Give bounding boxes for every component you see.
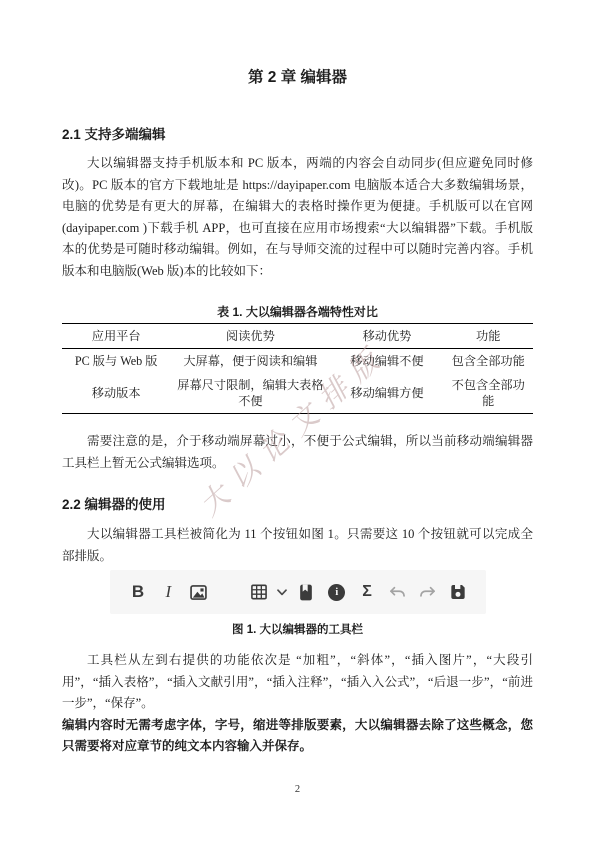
paragraph-bold-tip: 编辑内容时无需考虑字体，字号，缩进等排版要素，大以编辑器去除了这些概念，您只需要… (62, 715, 533, 758)
bold-icon: B (132, 582, 144, 602)
formula-button[interactable]: Σ (356, 580, 378, 604)
chapter-title: 第 2 章 编辑器 (62, 68, 533, 88)
comparison-table: 应用平台 阅读优势 移动优势 功能 PC 版与 Web 版 大屏幕，便于阅读和编… (62, 323, 533, 414)
column-header-platform: 应用平台 (62, 324, 170, 349)
table-cell: 移动版本 (62, 373, 170, 414)
image-icon (188, 582, 209, 603)
quote-icon: “ (220, 587, 237, 603)
redo-button[interactable] (417, 580, 439, 604)
page-number: 2 (0, 784, 595, 795)
paragraph-text: 电脑版本适合大多数编辑场景，电脑的优势是有更大的屏幕，在编辑大的表格时操作更为便… (62, 178, 533, 278)
table-cell: 屏幕尺寸限制，编辑大表格不便 (170, 373, 330, 414)
figure-caption: 图 1. 大以编辑器的工具栏 (62, 623, 533, 638)
sigma-icon: Σ (362, 583, 372, 601)
annotation-button[interactable]: i (326, 580, 348, 604)
table-cell: 包含全部功能 (443, 349, 533, 374)
info-icon: i (328, 584, 345, 601)
paragraph-multi-platform: 大以编辑器支持手机版本和 PC 版本，两端的内容会自动同步(但应避免同时修改)。… (62, 153, 533, 282)
table-cell: PC 版与 Web 版 (62, 349, 170, 374)
undo-button[interactable] (386, 580, 408, 604)
insert-table-button[interactable] (248, 580, 270, 604)
table-row: 移动版本 屏幕尺寸限制，编辑大表格不便 移动编辑方便 不包含全部功能 (62, 373, 533, 414)
insert-table-group (248, 580, 287, 604)
table-caption: 表 1. 大以编辑器各端特性对比 (62, 304, 533, 320)
table-header-row: 应用平台 阅读优势 移动优势 功能 (62, 324, 533, 349)
toolbar-figure: B I “ (110, 570, 486, 614)
italic-button[interactable]: I (157, 580, 179, 604)
chevron-down-icon (277, 589, 287, 596)
download-url-link[interactable]: https://dayipaper.com (242, 178, 350, 192)
table-row: PC 版与 Web 版 大屏幕，便于阅读和编辑 移动编辑不便 包含全部功能 (62, 349, 533, 374)
undo-icon (387, 582, 408, 603)
table-cell: 大屏幕，便于阅读和编辑 (170, 349, 330, 374)
table-options-chevron[interactable] (277, 583, 287, 601)
paragraph-toolbar-functions: 工具栏从左到右提供的功能依次是 “加粗”，“斜体”，“插入图片”，“大段引用”，… (62, 650, 533, 715)
column-header-features: 功能 (443, 324, 533, 349)
table-cell: 不包含全部功能 (443, 373, 533, 414)
save-icon (448, 582, 468, 602)
paragraph-toolbar-intro: 大以编辑器工具栏被简化为 11 个按钮如图 1。只需要这 10 个按钮就可以完成… (62, 524, 533, 567)
insert-image-button[interactable] (188, 580, 210, 604)
paragraph-note: 需要注意的是，介于移动端屏幕过小，不便于公式编辑，所以当前移动端编辑器工具栏上暂… (62, 431, 533, 474)
column-header-mobility: 移动优势 (330, 324, 443, 349)
blockquote-button[interactable]: “ (218, 580, 240, 604)
citation-button[interactable] (295, 580, 317, 604)
column-header-reading: 阅读优势 (170, 324, 330, 349)
document-page: 大以论文排版 第 2 章 编辑器 2.1 支持多端编辑 大以编辑器支持手机版本和… (0, 0, 595, 842)
section-heading-2-1: 2.1 支持多端编辑 (62, 127, 533, 143)
italic-icon: I (165, 582, 171, 602)
table-cell: 移动编辑不便 (330, 349, 443, 374)
table-icon (249, 582, 269, 602)
section-heading-2-2: 2.2 编辑器的使用 (62, 497, 533, 513)
redo-icon (417, 582, 438, 603)
bold-button[interactable]: B (127, 580, 149, 604)
table-cell: 移动编辑方便 (330, 373, 443, 414)
book-bookmark-icon (296, 582, 316, 603)
save-button[interactable] (447, 580, 469, 604)
